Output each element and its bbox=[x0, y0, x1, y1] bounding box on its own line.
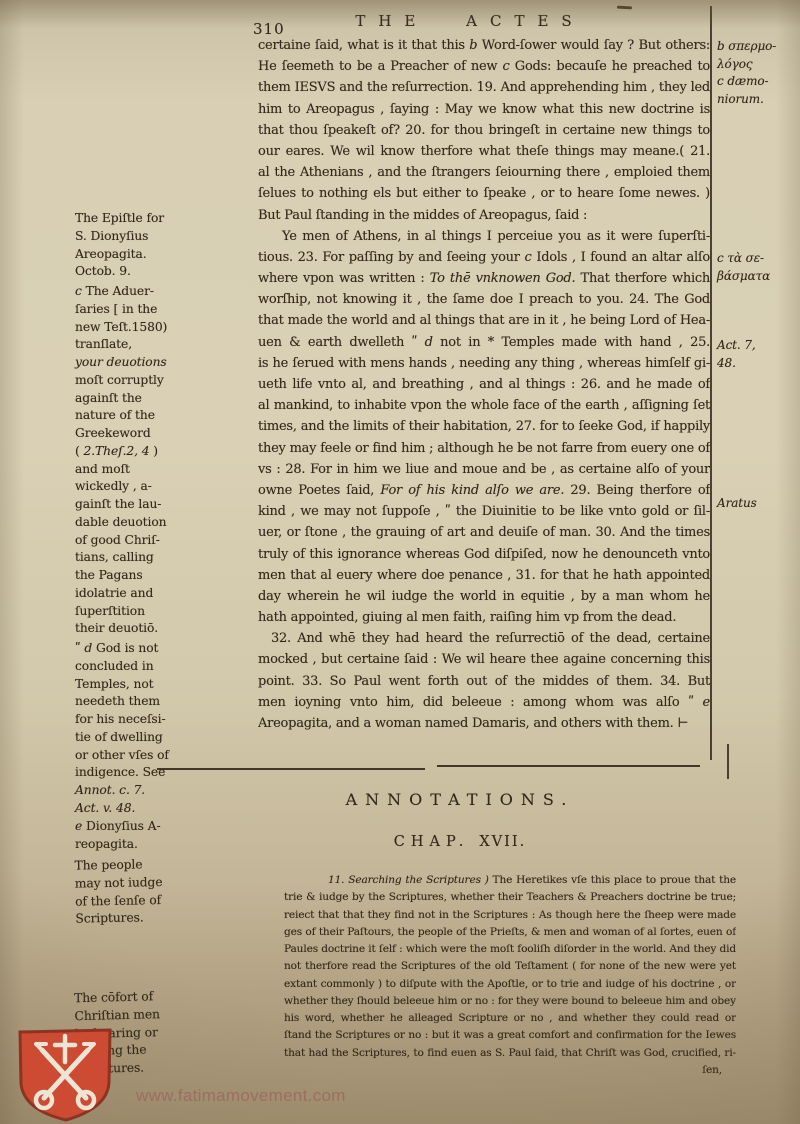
scripture-text-line: men that al euery where doe penance , 31… bbox=[258, 565, 710, 586]
margin-note: Act. 7, 48. bbox=[717, 337, 795, 372]
scripture-text-line: ſelues to nothing els but either to ſpea… bbox=[258, 183, 710, 204]
scripture-text-line: Areopagita, and a woman named Damaris, a… bbox=[258, 713, 710, 734]
chapter-number: XVII. bbox=[479, 834, 526, 850]
scripture-text-line: worſhip, not knowing it , the ſame doe I… bbox=[258, 289, 710, 310]
annotations-heading: ANNOTATIONS. bbox=[260, 790, 660, 809]
margin-note: The Epiſtle for S. Dionyſius Areopagita.… bbox=[75, 210, 257, 281]
margin-note: The people may not iudge of the ſenſe of… bbox=[74, 854, 257, 928]
annotation-text-line: ſtand the Scriptures or no : but it was … bbox=[284, 1027, 736, 1044]
column-divider-rule-short bbox=[727, 744, 729, 779]
column-divider-rule bbox=[710, 6, 712, 760]
scripture-text-line: Ye men of Athens, in al things I perceiu… bbox=[258, 226, 710, 247]
margin-note: e Dionyſius A- reopagita. bbox=[75, 818, 257, 854]
scripture-text-line: is he ſerued with mens hands , needing a… bbox=[258, 353, 710, 374]
scripture-text-line: them IESVS and the reſurrection. 19. And… bbox=[258, 77, 710, 98]
scripture-text-line: tious. 23. For paſſing by and ſeeing you… bbox=[258, 247, 710, 268]
annotation-text-line: ges of their Paſtours, the people of the… bbox=[284, 924, 736, 941]
scripture-text-line: He ſeemeth to be a Preacher of new c God… bbox=[258, 56, 710, 77]
section-separator-rule bbox=[437, 765, 700, 767]
scripture-text-line: ueth life vnto al, and breathing , and a… bbox=[258, 374, 710, 395]
scripture-text-line: vs : 28. For in him we liue and moue and… bbox=[258, 459, 710, 480]
annotation-text-line: 11. Searching the Scriptures ) The Heret… bbox=[284, 872, 736, 889]
scripture-text-line: where vpon was written : To thē vnknowen… bbox=[258, 268, 710, 289]
chapter-heading: CHAP.XVII. bbox=[260, 834, 660, 850]
section-separator-rule bbox=[157, 768, 425, 770]
margin-note: b σπερμο- λόγος c dæmo- niorum. bbox=[717, 38, 795, 108]
annotation-text-line: Paules doctrine it ſelf : which were the… bbox=[284, 941, 736, 958]
chapter-label: CHAP. bbox=[394, 834, 470, 850]
annotation-text-line: that had the Scriptures, to find euen as… bbox=[284, 1045, 736, 1062]
scripture-text-line: kind , we may not ſuppoſe , ʺ the Diuini… bbox=[258, 501, 710, 522]
annotation-text-line: his word, whether he alleaged Scripture … bbox=[284, 1010, 736, 1027]
scripture-text-line: times, and the limits of their habitatio… bbox=[258, 416, 710, 437]
annotation-text-line: reiect that that they find not in the Sc… bbox=[284, 907, 736, 924]
scripture-text-line: hath appointed, giuing al men faith, rai… bbox=[258, 607, 710, 628]
scripture-text-line: point. 33. So Paul went forth out of the… bbox=[258, 671, 710, 692]
scripture-text-line: day wherein he wil iudge the world in eq… bbox=[258, 586, 710, 607]
annotations-text-column: 11. Searching the Scriptures ) The Heret… bbox=[284, 872, 736, 1079]
margin-note: ʺ d God is not concluded in Temples, not… bbox=[75, 640, 257, 818]
running-head: THE ACTES bbox=[300, 12, 640, 30]
annotation-text-line: trie & iudge by the Scriptures, whether … bbox=[284, 889, 736, 906]
margin-note: c The Aduer- ſaries [ in the new Teſt.15… bbox=[75, 283, 257, 638]
scripture-text-line: that thou ſpeakeſt of? 20. for thou brin… bbox=[258, 120, 710, 141]
scripture-text-line: al mankind, to inhabite vpon the whole f… bbox=[258, 395, 710, 416]
fatima-movement-crest-logo bbox=[14, 1026, 116, 1124]
scripture-text-line: men ioyning vnto him, did beleeue : amon… bbox=[258, 692, 710, 713]
scripture-text-line: truly of this ignorance whereas God diſp… bbox=[258, 544, 710, 565]
annotation-text-line: not therfore read the Scriptures of the … bbox=[284, 958, 736, 975]
scripture-text-line: uer, or ſtone , the grauing of art and d… bbox=[258, 522, 710, 543]
annotation-text-line: whether they ſhould beleeue him or no : … bbox=[284, 993, 736, 1010]
scripture-text-line: our eares. We wil know therfore what the… bbox=[258, 141, 710, 162]
margin-note: c τὰ σε- βάσματα bbox=[717, 250, 795, 285]
annotation-text-line: extant commonly ) to diſpute with the Ap… bbox=[284, 976, 736, 993]
scripture-text-line: owne Poetes ſaid, For of his kind alſo w… bbox=[258, 480, 710, 501]
margin-note: Aratus bbox=[717, 495, 795, 513]
scripture-text-line: 32. And whē they had heard the reſurrect… bbox=[258, 628, 710, 649]
annotation-text-line: ſen, bbox=[284, 1062, 736, 1079]
scripture-text-line: that made the world and al things that a… bbox=[258, 310, 710, 331]
scripture-text-line: But Paul ſtanding in the middes of Areop… bbox=[258, 205, 710, 226]
scripture-text-column: certaine ſaid, what is it that this b Wo… bbox=[258, 35, 710, 734]
watermark-url-text: www.fatimamovement.com bbox=[136, 1086, 346, 1106]
scripture-text-line: al the Athenians , and the ſtrangers ſei… bbox=[258, 162, 710, 183]
scripture-text-line: him to Areopagus , ſaying : May we know … bbox=[258, 99, 710, 120]
scripture-text-line: they may feele or find him ; although he… bbox=[258, 438, 710, 459]
scripture-text-line: certaine ſaid, what is it that this b Wo… bbox=[258, 35, 710, 56]
scanned-book-page: 310 THE ACTES certaine ſaid, what is it … bbox=[0, 0, 800, 1124]
ink-mark bbox=[617, 6, 632, 10]
scripture-text-line: mocked , but certaine ſaid : We wil hear… bbox=[258, 649, 710, 670]
scripture-text-line: uen & earth dwelleth ʺ d not in * Temple… bbox=[258, 332, 710, 353]
